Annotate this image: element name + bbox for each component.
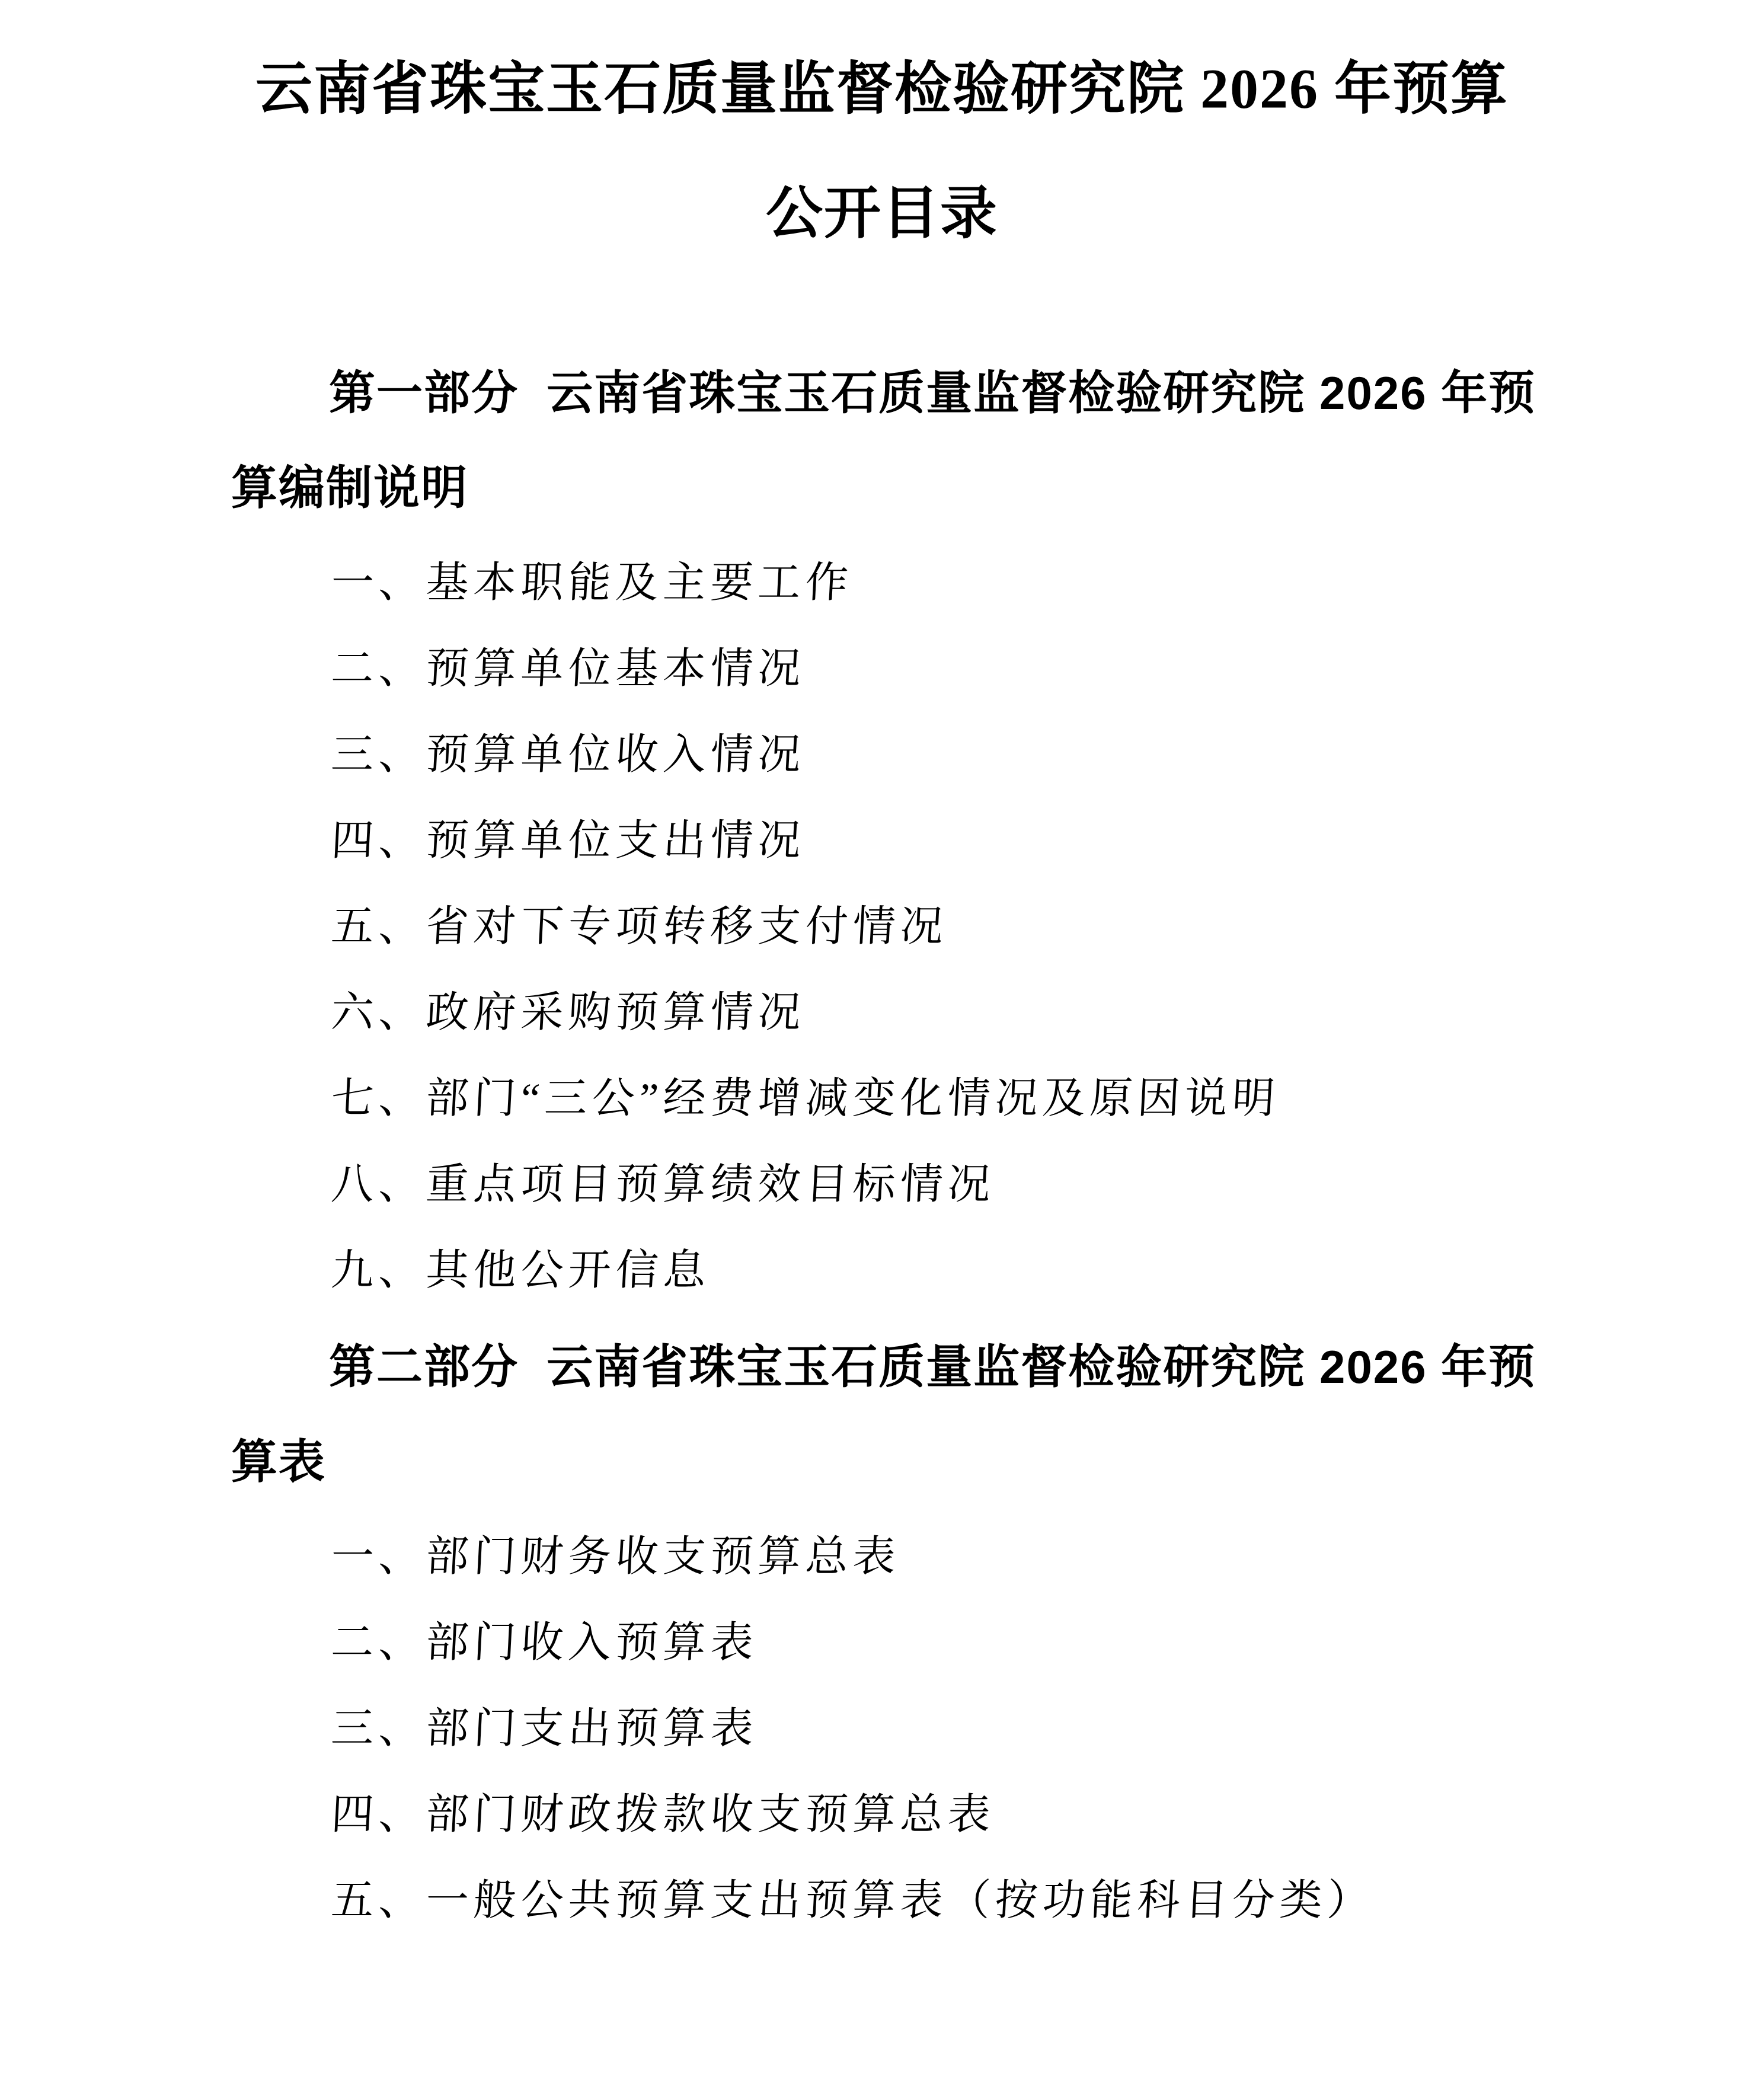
toc-item-text: 一、基本职能及主要工作: [329, 540, 855, 626]
toc-item-text: 八、重点项目预算绩效目标情况: [329, 1142, 998, 1228]
toc-item: 三、部门支出预算表: [231, 1686, 1533, 1772]
part2-heading-line-2: 算表: [231, 1414, 1533, 1509]
toc-item: 三、预算单位收入情况: [231, 712, 1533, 798]
toc-item-text: 七、部门“三公”经费增减变化情况及原因说明: [329, 1056, 1282, 1142]
document-title-line-2: 公开目录: [0, 151, 1764, 276]
toc-item: 九、其他公开信息: [231, 1228, 1533, 1314]
toc-item: 五、一般公共预算支出预算表（按功能科目分类）: [231, 1858, 1533, 1944]
toc-item-text: 二、预算单位基本情况: [329, 626, 808, 712]
part2-heading: 第二部分 云南省珠宝玉石质量监督检验研究院 2026 年预 算表: [231, 1319, 1533, 1509]
toc-item: 二、预算单位基本情况: [231, 626, 1533, 712]
part2-heading-line-1: 第二部分 云南省珠宝玉石质量监督检验研究院 2026 年预: [231, 1319, 1533, 1414]
part2-toc-list: 一、部门财务收支预算总表 二、部门收入预算表 三、部门支出预算表 四、部门财政拨…: [231, 1514, 1533, 1944]
toc-item: 二、部门收入预算表: [231, 1600, 1533, 1686]
toc-item-text: 一、部门财务收支预算总表: [329, 1514, 903, 1600]
toc-item-text: 三、部门支出预算表: [329, 1686, 760, 1772]
document-title-line-1: 云南省珠宝玉石质量监督检验研究院 2026 年预算: [0, 27, 1764, 151]
toc-item-text: 五、省对下专项转移支付情况: [329, 884, 950, 970]
document-page: 云南省珠宝玉石质量监督检验研究院 2026 年预算 公开目录 第一部分 云南省珠…: [0, 0, 1764, 2080]
document-title: 云南省珠宝玉石质量监督检验研究院 2026 年预算 公开目录: [0, 27, 1764, 276]
toc-item: 四、部门财政拨款收支预算总表: [231, 1772, 1533, 1858]
toc-item: 八、重点项目预算绩效目标情况: [231, 1142, 1533, 1228]
toc-item: 一、部门财务收支预算总表: [231, 1514, 1533, 1600]
part1-heading-line-1: 第一部分 云南省珠宝玉石质量监督检验研究院 2026 年预: [231, 346, 1533, 440]
part1-heading-line-2: 算编制说明: [231, 440, 1533, 535]
toc-item-text: 四、预算单位支出情况: [329, 798, 808, 884]
toc-item-text: 五、一般公共预算支出预算表（按功能科目分类）: [329, 1858, 1377, 1944]
toc-item-text: 二、部门收入预算表: [329, 1600, 760, 1686]
toc-item: 一、基本职能及主要工作: [231, 540, 1533, 626]
toc-item: 七、部门“三公”经费增减变化情况及原因说明: [231, 1056, 1533, 1142]
toc-item: 四、预算单位支出情况: [231, 798, 1533, 884]
part1-toc-list: 一、基本职能及主要工作 二、预算单位基本情况 三、预算单位收入情况 四、预算单位…: [231, 540, 1533, 1314]
toc-item-text: 六、政府采购预算情况: [329, 970, 808, 1056]
toc-item: 六、政府采购预算情况: [231, 970, 1533, 1056]
toc-item-text: 四、部门财政拨款收支预算总表: [329, 1772, 998, 1858]
toc-item-text: 九、其他公开信息: [329, 1228, 713, 1314]
part1-heading: 第一部分 云南省珠宝玉石质量监督检验研究院 2026 年预 算编制说明: [231, 346, 1533, 535]
toc-item-text: 三、预算单位收入情况: [329, 712, 808, 798]
toc-item: 五、省对下专项转移支付情况: [231, 884, 1533, 970]
